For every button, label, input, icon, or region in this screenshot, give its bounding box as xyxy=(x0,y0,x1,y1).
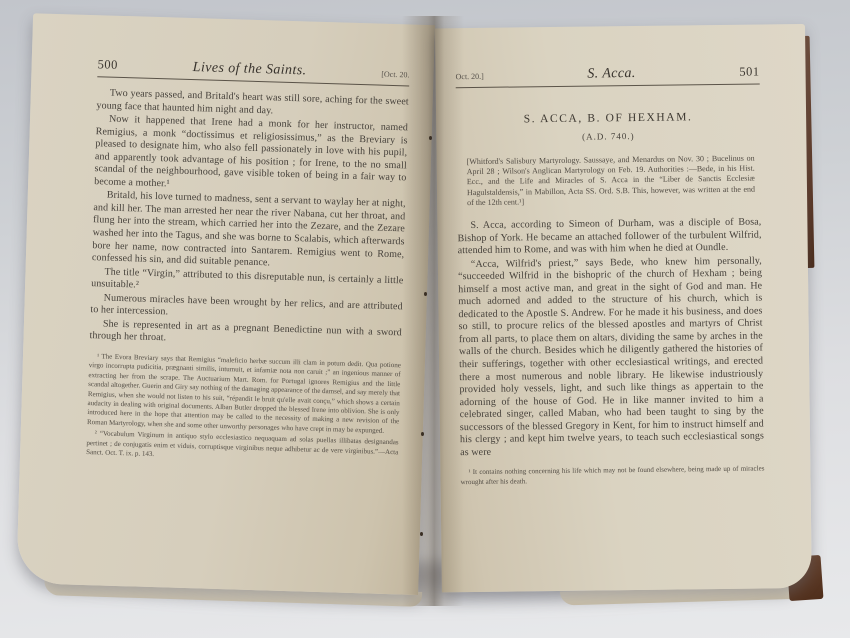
right-running-title: S. Acca. xyxy=(587,66,636,83)
paragraph: Britald, his love turned to madness, sen… xyxy=(92,190,406,275)
right-page-header: Oct. 20.] S. Acca. 501 xyxy=(455,64,759,84)
gutter-speck xyxy=(424,292,427,296)
right-page-number: 501 xyxy=(739,64,759,79)
paragraph: Now it happened that Irene had a monk fo… xyxy=(94,113,408,198)
authorities-note: [Whitford's Salisbury Martyrology. Sauss… xyxy=(467,154,756,209)
gutter-speck xyxy=(421,432,424,436)
footnote: ¹ It contains nothing concerning his lif… xyxy=(460,465,764,488)
section-title: S. ACCA, B. OF HEXHAM. xyxy=(456,110,760,126)
book-photograph: 500 Lives of the Saints. [Oct. 20. Two y… xyxy=(0,0,850,638)
left-footnotes: ¹ The Evora Breviary says that Remigius … xyxy=(86,352,401,467)
left-page-number: 500 xyxy=(97,57,118,73)
left-body-text: Two years passed, and Britald's heart wa… xyxy=(89,87,408,352)
gutter-speck xyxy=(429,136,432,140)
gutter-speck xyxy=(420,532,423,536)
right-footnotes: ¹ It contains nothing concerning his lif… xyxy=(460,465,764,488)
left-page: 500 Lives of the Saints. [Oct. 20. Two y… xyxy=(16,13,435,595)
section-date: (A.D. 740.) xyxy=(456,129,760,143)
left-running-title: Lives of the Saints. xyxy=(192,60,306,79)
paragraph: S. Acca, according to Simeon of Durham, … xyxy=(457,216,761,257)
footnote: ¹ The Evora Breviary says that Remigius … xyxy=(87,352,401,436)
right-body-text: S. Acca, according to Simeon of Durham, … xyxy=(457,216,764,459)
left-date-label: [Oct. 20. xyxy=(381,70,409,80)
right-header-rule xyxy=(456,83,760,88)
paragraph: “Acca, Wilfrid's priest,” says Bede, who… xyxy=(458,255,764,459)
left-page-header: 500 Lives of the Saints. [Oct. 20. xyxy=(97,57,409,82)
right-page: Oct. 20.] S. Acca. 501 S. ACCA, B. OF HE… xyxy=(435,24,812,592)
right-date-label: Oct. 20.] xyxy=(456,72,484,81)
